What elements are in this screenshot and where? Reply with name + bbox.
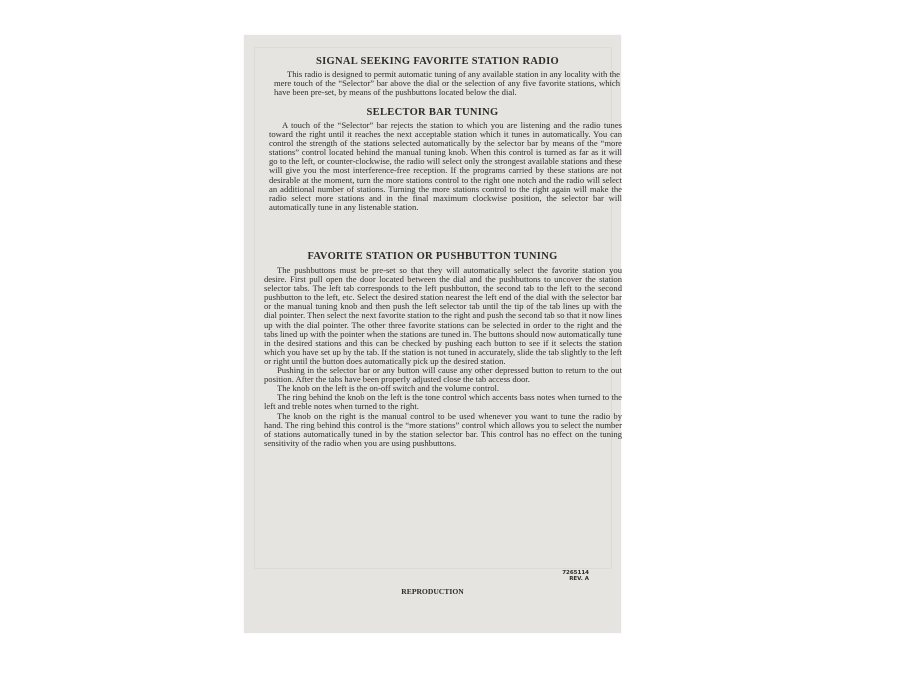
instruction-sheet: SIGNAL SEEKING FAVORITE STATION RADIO Th… xyxy=(244,35,621,633)
section-heading-selector-bar: SELECTOR BAR TUNING xyxy=(244,107,621,118)
intro-paragraph: This radio is designed to permit automat… xyxy=(274,70,620,97)
instruction-card: SIGNAL SEEKING FAVORITE STATION RADIO Th… xyxy=(244,35,621,633)
paragraph: The ring behind the knob on the left is … xyxy=(264,393,622,411)
paragraph: A touch of the “Selector” bar rejects th… xyxy=(269,121,622,212)
part-number-block: 7265114 REV. A xyxy=(562,570,589,582)
intro-text: This radio is designed to permit automat… xyxy=(274,70,620,97)
selector-bar-text: A touch of the “Selector” bar rejects th… xyxy=(269,121,622,212)
paragraph: The pushbuttons must be pre-set so that … xyxy=(264,266,622,366)
paragraph: The knob on the right is the manual cont… xyxy=(264,412,622,448)
pushbutton-text: The pushbuttons must be pre-set so that … xyxy=(264,266,622,448)
document-title: SIGNAL SEEKING FAVORITE STATION RADIO xyxy=(254,56,621,67)
reproduction-label: REPRODUCTION xyxy=(244,587,621,596)
paragraph: Pushing in the selector bar or any butto… xyxy=(264,366,622,384)
revision: REV. A xyxy=(562,576,589,582)
section-heading-pushbutton: FAVORITE STATION OR PUSHBUTTON TUNING xyxy=(244,251,621,262)
